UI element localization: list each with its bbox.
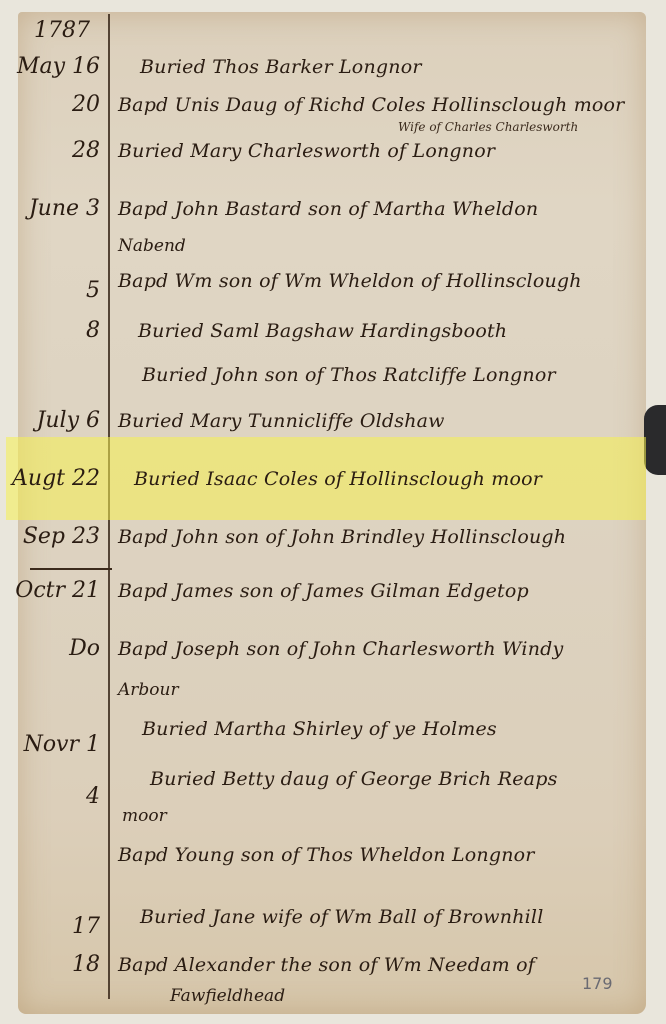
register-entry: Octr 21 Bapd James son of James Gilman E…	[0, 578, 666, 618]
entry-date: 4	[86, 784, 100, 809]
register-entry: 18 Bapd Alexander the son of Wm Needam o…	[0, 952, 666, 992]
entry-date: 18	[72, 952, 100, 977]
entry-date: 17	[72, 914, 100, 939]
register-entry: Novr 1 Buried Martha Shirley of ye Holme…	[0, 716, 666, 756]
register-entry: July 6 Buried Mary Tunnicliffe Oldshaw	[0, 408, 666, 448]
entry-text: Buried Mary Charlesworth of Longnor	[118, 140, 495, 162]
entry-text: Bapd Joseph son of John Charlesworth Win…	[118, 638, 563, 660]
entry-continuation: Nabend	[118, 236, 186, 256]
register-entry: 17 Buried Jane wife of Wm Ball of Brownh…	[0, 904, 666, 944]
entry-text: Buried Jane wife of Wm Ball of Brownhill	[140, 906, 543, 928]
entry-text: Buried Isaac Coles of Hollinsclough moor	[134, 468, 542, 490]
entry-date: July 6	[37, 408, 100, 433]
entry-text: Bapd Young son of Thos Wheldon Longnor	[118, 844, 535, 866]
entry-text: Bapd Alexander the son of Wm Needam of	[118, 954, 535, 976]
register-entry: Sep 23 Bapd John son of John Brindley Ho…	[0, 524, 666, 564]
register-entry: Buried John son of Thos Ratcliffe Longno…	[0, 362, 666, 402]
folio-number: 179	[582, 974, 613, 993]
register-entry: Bapd Young son of Thos Wheldon Longnor	[0, 842, 666, 882]
entry-text: Bapd James son of James Gilman Edgetop	[118, 580, 529, 602]
entry-text: Buried Martha Shirley of ye Holmes	[142, 718, 497, 740]
entry-text: Bapd John Bastard son of Martha Wheldon	[118, 198, 538, 220]
entry-text: Buried Thos Barker Longnor	[140, 56, 422, 78]
entry-text: Bapd John son of John Brindley Hollinscl…	[118, 526, 566, 548]
entry-continuation: moor	[122, 806, 167, 826]
entry-text: Buried John son of Thos Ratcliffe Longno…	[142, 364, 556, 386]
entry-continuation: Fawfieldhead	[170, 986, 285, 1006]
entry-text: Bapd Unis Daug of Richd Coles Hollinsclo…	[118, 94, 624, 116]
entry-date: June 3	[29, 196, 100, 221]
entry-date: 5	[86, 278, 100, 303]
entry-date: Novr 1	[24, 732, 100, 757]
register-entry: 8 Buried Saml Bagshaw Hardingsbooth	[0, 318, 666, 358]
entry-date: Do	[69, 636, 100, 661]
entry-text: Buried Mary Tunnicliffe Oldshaw	[118, 410, 445, 432]
entry-date: 20	[72, 92, 100, 117]
entry-date: Sep 23	[23, 524, 100, 549]
register-entry: 5 Bapd Wm son of Wm Wheldon of Hollinscl…	[0, 268, 666, 308]
entry-text: Buried Betty daug of George Brich Reaps	[150, 768, 558, 790]
year-heading: 1787	[34, 18, 90, 43]
date-separator-line	[30, 568, 112, 570]
register-entry: 4 Buried Betty daug of George Brich Reap…	[0, 766, 666, 806]
register-entry: Do Bapd Joseph son of John Charlesworth …	[0, 636, 666, 676]
register-entry: June 3 Bapd John Bastard son of Martha W…	[0, 196, 666, 236]
entry-date: May 16	[17, 54, 100, 79]
entry-text: Buried Saml Bagshaw Hardingsbooth	[138, 320, 507, 342]
interlinear-note: Wife of Charles Charlesworth	[398, 120, 578, 134]
entry-date: Octr 21	[15, 578, 100, 603]
entry-date: 8	[86, 318, 100, 343]
entry-date: Augt 22	[12, 466, 100, 491]
entry-text: Bapd Wm son of Wm Wheldon of Hollinsclou…	[118, 270, 582, 292]
register-entry-highlighted: Augt 22 Buried Isaac Coles of Hollinsclo…	[0, 466, 666, 506]
entry-continuation: Arbour	[118, 680, 179, 700]
register-entry: 28 Buried Mary Charlesworth of Longnor	[0, 138, 666, 178]
register-entry: May 16 Buried Thos Barker Longnor	[0, 54, 666, 94]
entry-date: 28	[72, 138, 100, 163]
